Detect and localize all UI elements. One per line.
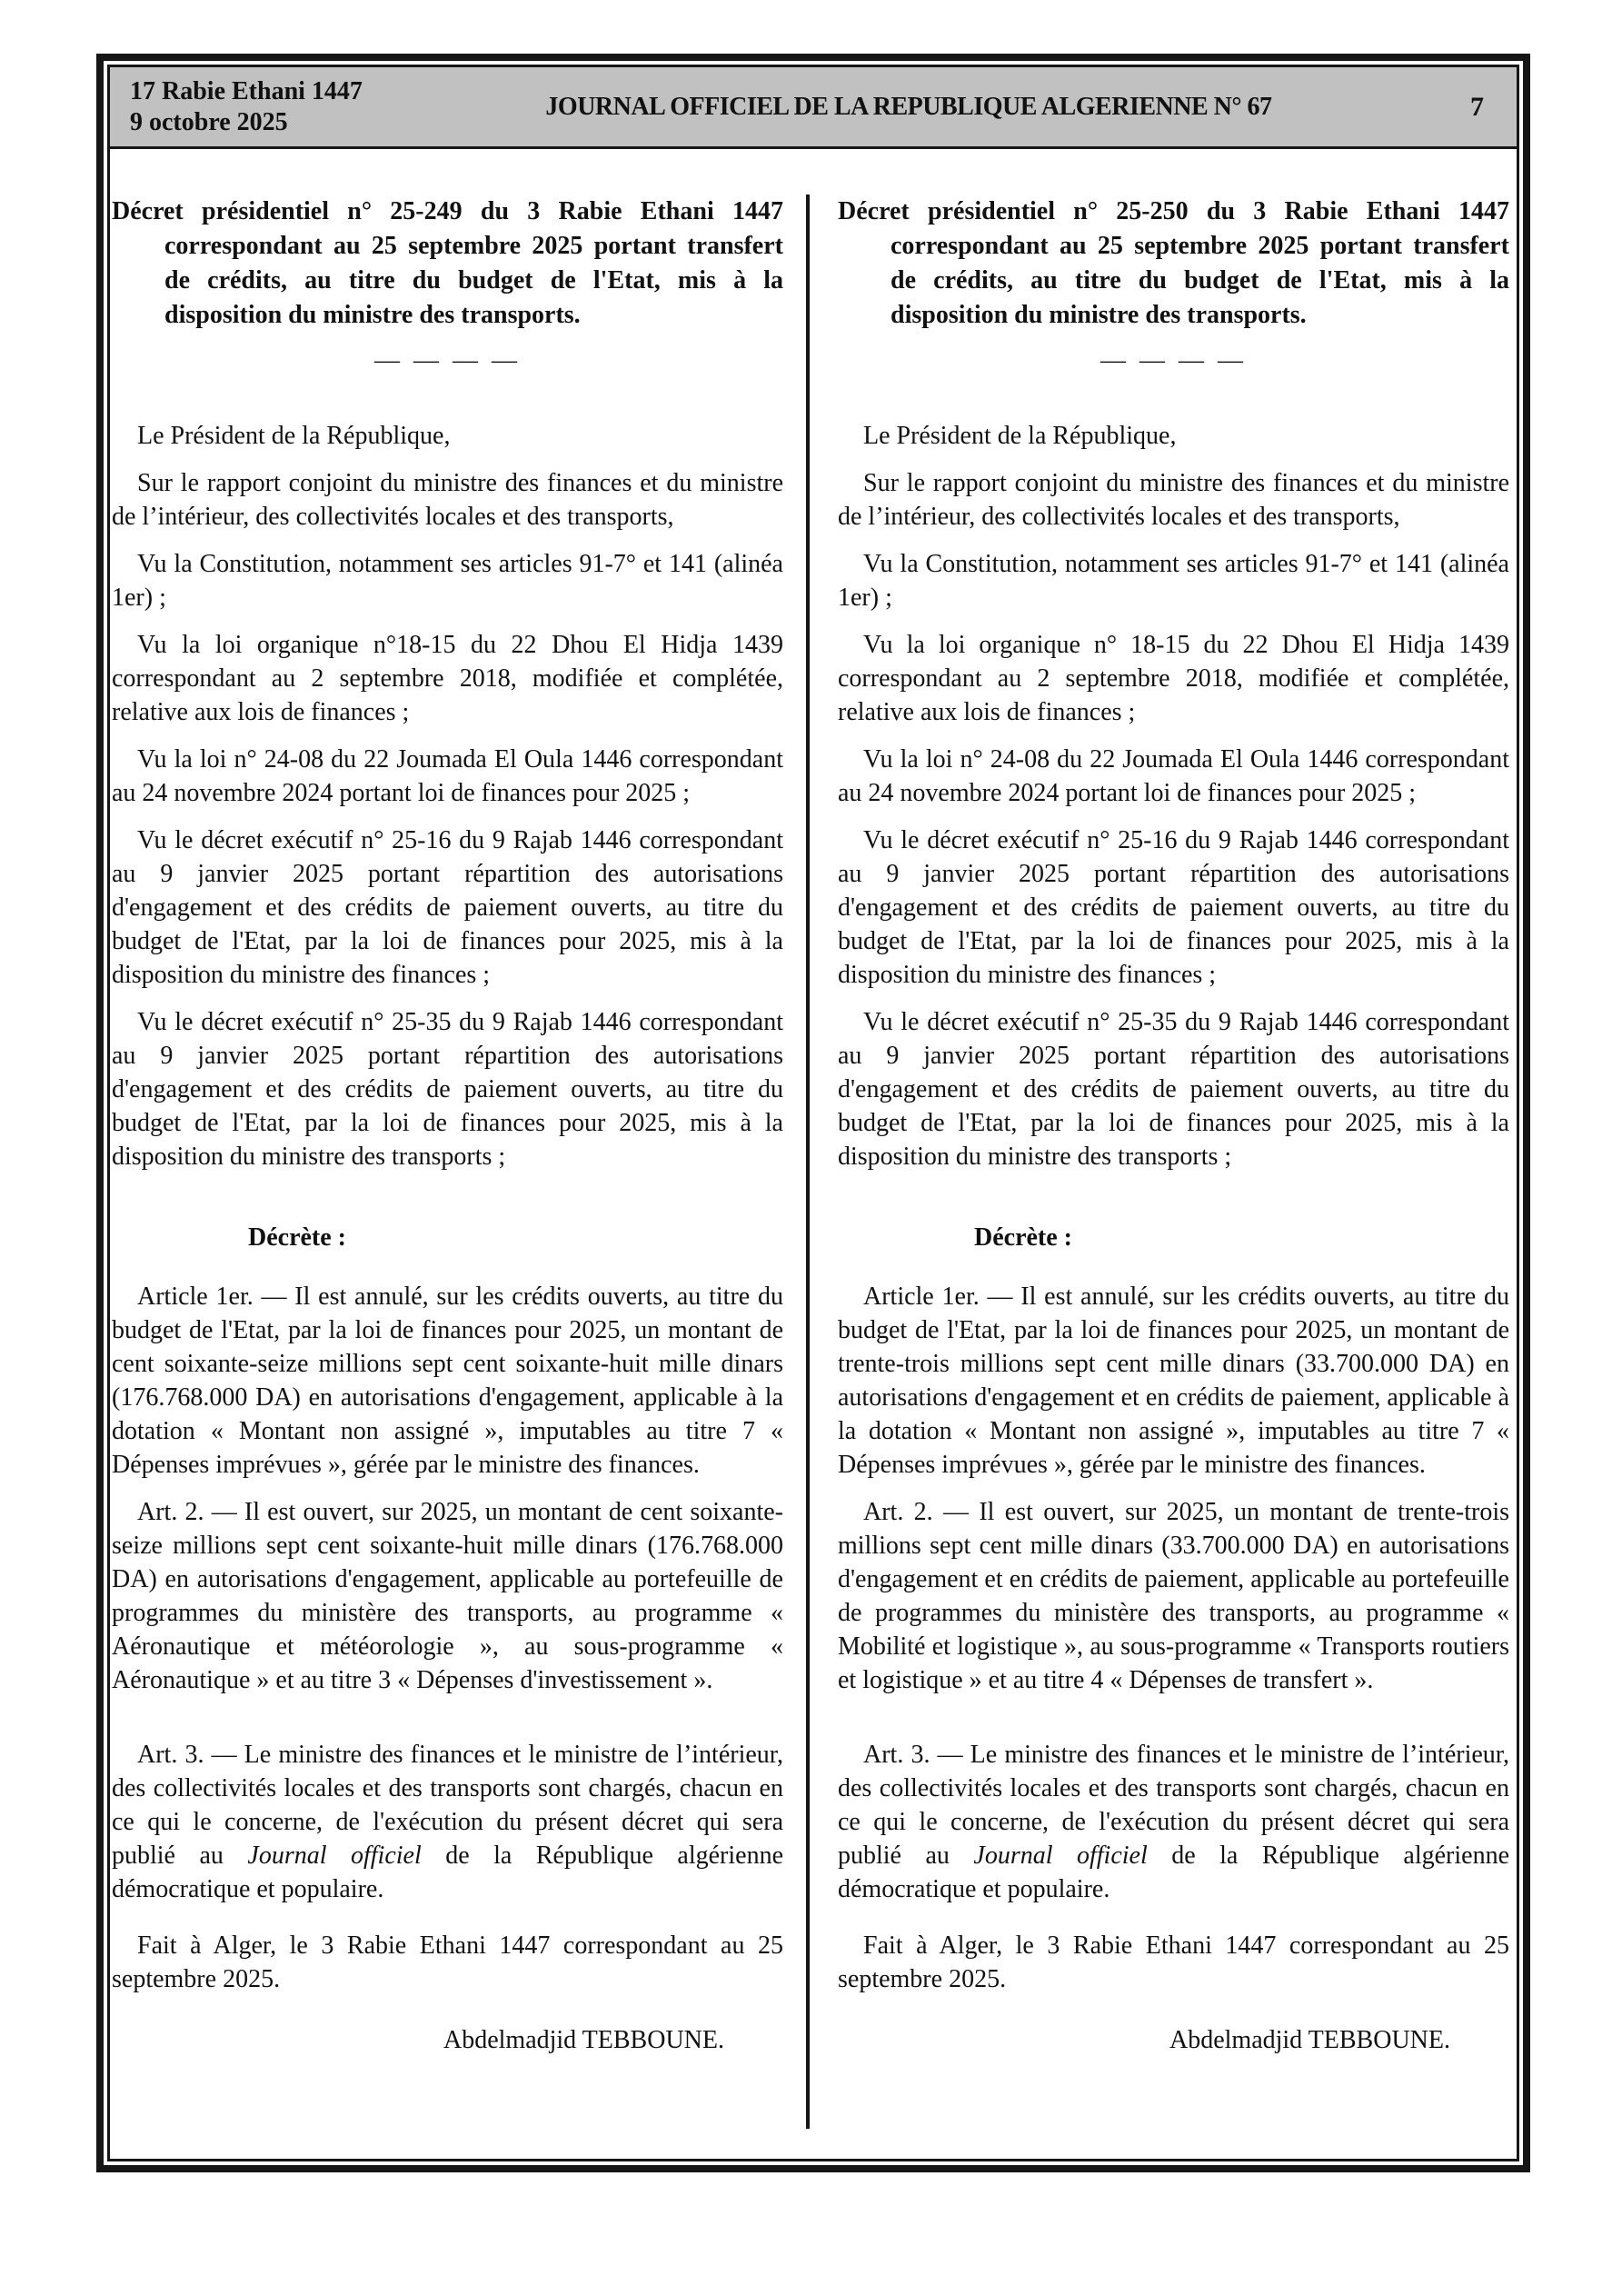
paragraph-rapport: Sur le rapport conjoint du ministre des …	[112, 466, 783, 534]
page-number: 7	[1388, 92, 1497, 123]
article-1-paragraph: Article 1er. — Il est annulé, sur les cr…	[112, 1280, 783, 1482]
decree-label: Décrète :	[974, 1221, 1509, 1254]
closing-paragraph: Fait à Alger, le 3 Rabie Ethani 1447 cor…	[112, 1929, 783, 1996]
article-3-paragraph: Art. 3. — Le ministre des finances et le…	[112, 1738, 783, 1906]
page-content: Décret présidentiel n° 25-249 du 3 Rabie…	[110, 149, 1517, 2159]
article-2-paragraph: Art. 2. — Il est ouvert, sur 2025, un mo…	[838, 1495, 1509, 1697]
header-date-hijri: 17 Rabie Ethani 1447	[130, 76, 430, 107]
paragraph-vu-constitution: Vu la Constitution, notamment ses articl…	[112, 547, 783, 614]
header-date-gregorian: 9 octobre 2025	[130, 107, 430, 138]
decree-25-250-section: Décret présidentiel n° 25-250 du 3 Rabie…	[838, 195, 1509, 2057]
decree-title: Décret présidentiel n° 25-249 du 3 Rabie…	[112, 195, 783, 333]
signature: Abdelmadjid TEBBOUNE.	[838, 2023, 1450, 2057]
closing-paragraph: Fait à Alger, le 3 Rabie Ethani 1447 cor…	[838, 1929, 1509, 1996]
page-header: 17 Rabie Ethani 1447 9 octobre 2025 JOUR…	[110, 67, 1517, 149]
paragraph-vu-loi-organique: Vu la loi organique n°18-15 du 22 Dhou E…	[112, 628, 783, 729]
column-divider-rule	[806, 195, 810, 2129]
article-1-paragraph: Article 1er. — Il est annulé, sur les cr…	[838, 1280, 1509, 1482]
journal-officiel-italic: Journal officiel	[247, 1842, 421, 1870]
dash-separator: — — — —	[838, 344, 1509, 377]
decree-label: Décrète :	[248, 1221, 783, 1254]
paragraph-vu-decret-25-35: Vu le décret exécutif n° 25-35 du 9 Raja…	[838, 1005, 1509, 1173]
decree-title: Décret présidentiel n° 25-250 du 3 Rabie…	[838, 195, 1509, 333]
paragraph-vu-decret-25-16: Vu le décret exécutif n° 25-16 du 9 Raja…	[112, 824, 783, 992]
signature: Abdelmadjid TEBBOUNE.	[112, 2023, 724, 2057]
paragraph-president: Le Président de la République,	[838, 419, 1509, 453]
paragraph-vu-constitution: Vu la Constitution, notamment ses articl…	[838, 547, 1509, 614]
paragraph-vu-loi-24-08: Vu la loi n° 24-08 du 22 Joumada El Oula…	[112, 743, 783, 810]
journal-officiel-italic: Journal officiel	[973, 1842, 1147, 1870]
article-3-paragraph: Art. 3. — Le ministre des finances et le…	[838, 1738, 1509, 1906]
journal-title: JOURNAL OFFICIEL DE LA REPUBLIQUE ALGERI…	[430, 93, 1388, 122]
paragraph-vu-loi-24-08: Vu la loi n° 24-08 du 22 Joumada El Oula…	[838, 743, 1509, 810]
paragraph-vu-decret-25-16: Vu le décret exécutif n° 25-16 du 9 Raja…	[838, 824, 1509, 992]
paragraph-rapport: Sur le rapport conjoint du ministre des …	[838, 466, 1509, 534]
page-frame-outer: 17 Rabie Ethani 1447 9 octobre 2025 JOUR…	[96, 54, 1530, 2172]
paragraph-president: Le Président de la République,	[112, 419, 783, 453]
article-2-paragraph: Art. 2. — Il est ouvert, sur 2025, un mo…	[112, 1495, 783, 1697]
paragraph-vu-loi-organique: Vu la loi organique n° 18-15 du 22 Dhou …	[838, 628, 1509, 729]
decree-25-249-section: Décret présidentiel n° 25-249 du 3 Rabie…	[112, 195, 783, 2057]
journal-officiel-page: 17 Rabie Ethani 1447 9 octobre 2025 JOUR…	[0, 0, 1622, 2296]
page-frame-inner: 17 Rabie Ethani 1447 9 octobre 2025 JOUR…	[107, 65, 1519, 2161]
header-dates: 17 Rabie Ethani 1447 9 octobre 2025	[130, 76, 430, 138]
dash-separator: — — — —	[112, 344, 783, 377]
paragraph-vu-decret-25-35: Vu le décret exécutif n° 25-35 du 9 Raja…	[112, 1005, 783, 1173]
